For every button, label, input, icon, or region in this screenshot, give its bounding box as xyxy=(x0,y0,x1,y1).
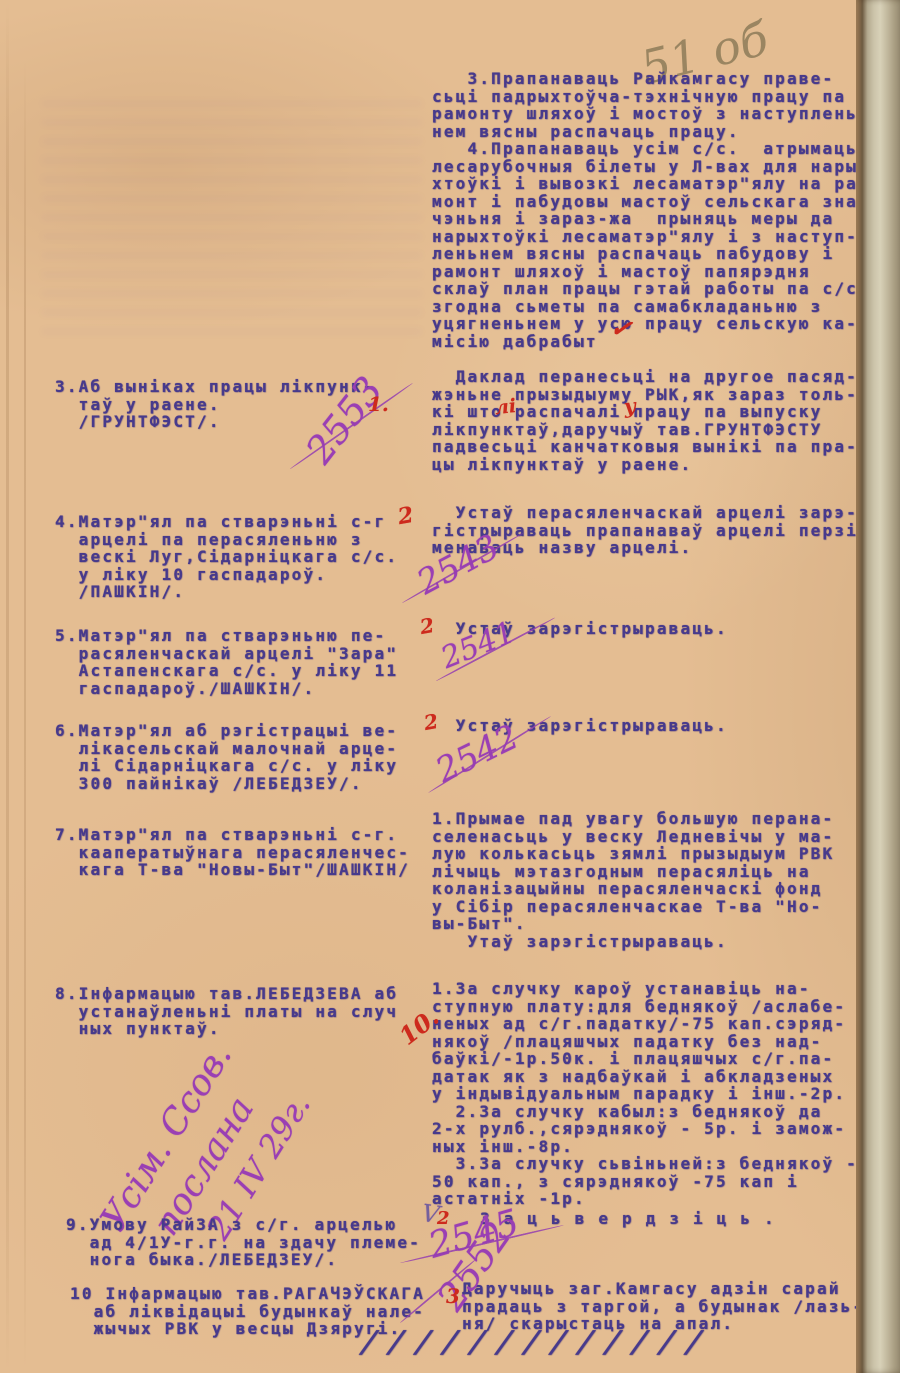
text-line: 3.За случку сьвіньней:з беднякоў - xyxy=(432,1155,858,1173)
text-line: Даклад перанесьці на другое пасяд- xyxy=(432,368,858,386)
text-line: 1.Прымае пад увагу большую перана- xyxy=(432,810,834,828)
text-line: баўкі/-1р.50к. і плацяшчых с/г.па- xyxy=(432,1050,858,1068)
bottom-slash-marks: ///////////// xyxy=(358,1334,714,1352)
text-line: вы-Быт". xyxy=(432,915,834,933)
text-line: Астапенскага с/с. у ліку 11 xyxy=(55,662,398,680)
agenda-item-4: 4.Матэр"ял па стварэньні с-г арцелі па п… xyxy=(55,513,398,601)
text-line: 2-х рулб.,сярэднякоў - 5р. і замож- xyxy=(432,1120,858,1138)
text-line: расяленчаскай арцелі "Зара" xyxy=(55,645,398,663)
text-line: рамонту шляхоў і мостоў з наступлень xyxy=(432,105,858,123)
red-mark-3: 3 xyxy=(446,1284,460,1308)
text-line: Даручыць заг.Камгасу адзін сарай xyxy=(462,1280,864,1298)
text-line: рамонт шляхоў і мастоў папярэдня xyxy=(432,263,858,281)
scanned-document-page: 51 об 3.Прапанаваць Райкамгасу праве-сьц… xyxy=(0,0,900,1373)
red-correction: у xyxy=(623,393,637,418)
text-line: нарыхтоўкі лесаматэр"ялу і з наступ- xyxy=(432,228,858,246)
text-line: прадаць з таргой, а будынак /лазь- xyxy=(462,1298,864,1316)
paper-left-edge xyxy=(6,0,9,1373)
red-mark-1: 1. xyxy=(368,392,389,416)
agenda-item-6: 6.Матэр"ял аб рэгістрацыі ве- лікасельск… xyxy=(55,722,398,792)
text-line: 5.Матэр"ял па стварэньню пе- xyxy=(55,627,398,645)
text-line: сьці падрыхтоўча-тэхнічную працу па xyxy=(432,88,858,106)
text-line: 10 Інфармацыю тав.РАГАЧЭЎСКАГА xyxy=(70,1285,425,1303)
text-line: 6.Матэр"ял аб рэгістрацыі ве- xyxy=(55,722,398,740)
text-line: коланізацыйны перасяленчаскі фонд xyxy=(432,880,834,898)
text-line: нем вясны распачаць працу. xyxy=(432,123,858,141)
text-line: селенасьць у веску Ледневічы у ма- xyxy=(432,828,834,846)
text-line: кааператыўнага перасяленчес- xyxy=(55,844,410,862)
text-line: лую колькасьць зямлі прызыдыум РВК xyxy=(432,845,834,863)
text-line: /ПАШКІН/. xyxy=(55,583,398,601)
text-line: падвесьці канчатковыя вынікі па пра- xyxy=(432,438,858,456)
text-line: ных інш.-8р. xyxy=(432,1138,858,1156)
text-line: гаспадароў./ШАШКІН/. xyxy=(55,680,398,698)
text-line: лікасельскай малочнай арце- xyxy=(55,740,398,758)
text-line: аб ліквідацыі будынкаў нале- xyxy=(70,1303,425,1321)
resolution-item-9: З а ц ь в е р д з і ц ь . xyxy=(480,1210,776,1228)
text-line: кага Т-ва "Новы-Быт"/ШАШКІН/ xyxy=(55,861,410,879)
agenda-item-5: 5.Матэр"ял па стварэньню пе- расяленчаск… xyxy=(55,627,398,697)
resolution-item-7: 1.Прымае пад увагу большую перана-селена… xyxy=(432,810,834,950)
text-line: астатніх -1р. xyxy=(432,1190,858,1208)
text-line: арцелі па перасяленьню з xyxy=(55,531,398,549)
agenda-item-7: 7.Матэр"ял па стварэньні с-г. кааператыў… xyxy=(55,826,410,879)
text-line: у ліку 10 гаспадароў. xyxy=(55,566,398,584)
text-line: 4.Прапанаваць усім с/с. атрымаць xyxy=(432,140,858,158)
resolution-item-3: Даклад перанесьці на другое пасяд-жэньне… xyxy=(432,368,858,473)
text-line: 4.Матэр"ял па стварэньні с-г xyxy=(55,513,398,531)
text-line: Утаў зарэгістрыраваць. xyxy=(432,933,834,951)
text-line: 50 кап., з сярэднякоў -75 кап і xyxy=(432,1173,858,1191)
red-correction: лі xyxy=(494,395,517,419)
page-right-edge xyxy=(856,0,900,1373)
text-line: З а ц ь в е р д з і ц ь . xyxy=(480,1210,776,1228)
text-line: 3.Аб выніках працы лікпунк- xyxy=(55,378,375,396)
red-mark-2: 2 xyxy=(396,502,416,530)
text-line: лікпунктаў,даручыў тав.ГРУНТФЭСТУ xyxy=(432,421,858,439)
text-line: 1.За случку кароў устанавіць на- xyxy=(432,980,858,998)
red-mark-2: 2 xyxy=(418,613,436,639)
red-mark-2: 2 xyxy=(422,709,440,735)
text-line: чэньня і зараз-жа прыняць меры да xyxy=(432,210,858,228)
text-line: хтоўкі і вывозкі лесаматэр"ялу на ра xyxy=(432,175,858,193)
text-line: леньнем вясны распачаць пабудову і xyxy=(432,245,858,263)
text-line: місію дабрабыт xyxy=(432,333,858,351)
resolution-item-8: 1.За случку кароў устанавіць на-ступную … xyxy=(432,980,858,1208)
text-line: неных ад с/г.падатку/-75 кап.сэряд- xyxy=(432,1015,858,1033)
text-line: 7.Матэр"ял па стварэньні с-г. xyxy=(55,826,410,844)
text-line: вескі Луг,Сідарніцкага с/с. xyxy=(55,548,398,566)
text-line: нога быка./ЛЕБЕДЗЕУ/. xyxy=(66,1251,421,1269)
text-line: цы лікпунктаў у раене. xyxy=(432,456,858,474)
text-line: датак як з надбаўкай і абкладзеных xyxy=(432,1068,858,1086)
resolution-intro-block: 3.Прапанаваць Райкамгасу праве-сьці падр… xyxy=(432,70,858,350)
text-line: 3.Прапанаваць Райкамгасу праве- xyxy=(432,70,858,88)
text-line: монт і пабудовы мастоў сельскага зна xyxy=(432,193,858,211)
text-line: ад 4/1У-г.г. на здачу племе- xyxy=(66,1234,421,1252)
text-line: 300 пайнікаў /ЛЕБЕДЗЕУ/. xyxy=(55,775,398,793)
text-line: у Сібір перасяленчаскае Т-ва "Но- xyxy=(432,898,834,916)
ink-bleed-through xyxy=(42,95,422,335)
text-line: гістрыраваць прапанаваў арцелі перзі xyxy=(432,522,858,540)
text-line: склаў план працы гэтай работы па с/с xyxy=(432,280,858,298)
text-line: Устаў перасяленчаскай арцелі зарэ- xyxy=(432,504,858,522)
text-line: лі Сідарніцкага с/с. у ліку xyxy=(55,757,398,775)
text-line: 2.За случку кабыл:з беднякоў да xyxy=(432,1103,858,1121)
text-line: 9.Умову РайЗА з с/г. арцелью xyxy=(66,1216,421,1234)
text-line: някоў /плацяшчых падатку без над- xyxy=(432,1033,858,1051)
text-line: уцягненьнем у усю працу сельскую ка- xyxy=(432,315,858,333)
text-line: у індывідуальным парадку і інш.-2р. xyxy=(432,1085,858,1103)
text-line: лічыць мэтазгодным перасяліць на xyxy=(432,863,834,881)
text-line: згодна сьметы па самабкладаньню з xyxy=(432,298,858,316)
agenda-item-9: 9.Умову РайЗА з с/г. арцелью ад 4/1У-г.г… xyxy=(66,1216,421,1269)
text-line: лесарубочныя білеты у Л-вах для нары xyxy=(432,158,858,176)
paper-fold-line xyxy=(24,60,26,1370)
text-line: ступную плату:для беднякоў /аслабе- xyxy=(432,998,858,1016)
